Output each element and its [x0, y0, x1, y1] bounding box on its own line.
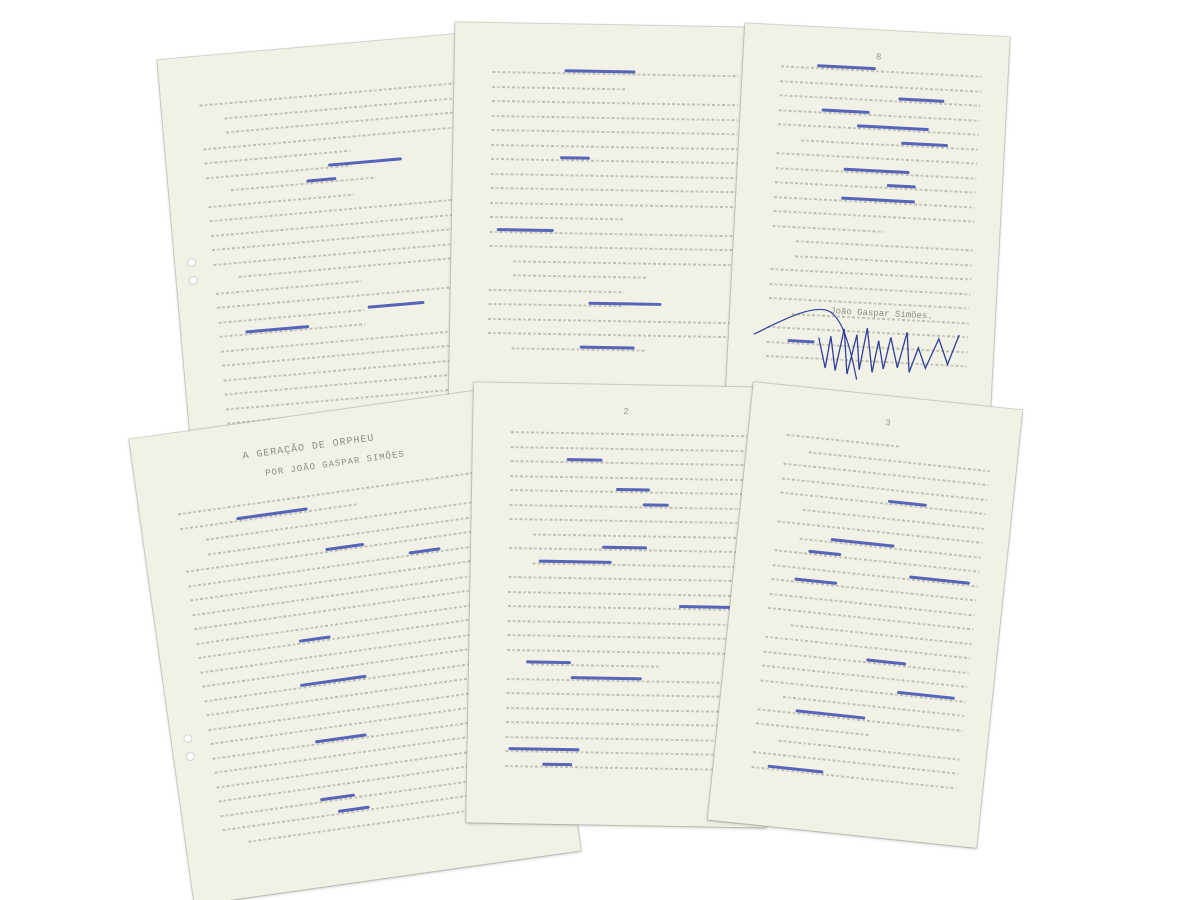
typed-line — [786, 434, 899, 448]
typed-line — [531, 663, 661, 667]
page-number: 8 — [876, 52, 882, 62]
typed-line — [217, 284, 482, 309]
typed-line — [769, 282, 970, 295]
typed-line — [492, 85, 627, 89]
typed-line — [507, 649, 743, 655]
typed-line — [505, 765, 741, 771]
typed-line — [508, 576, 744, 582]
typed-line — [491, 172, 737, 178]
handwritten-correction — [616, 488, 649, 492]
typed-line — [508, 591, 744, 597]
typed-line — [180, 503, 358, 530]
typed-line — [212, 226, 477, 251]
typed-line — [776, 152, 977, 165]
typed-line — [507, 634, 743, 640]
typed-line — [773, 210, 974, 223]
typed-line — [533, 562, 745, 568]
typed-line — [203, 125, 468, 150]
typed-line — [801, 139, 978, 150]
handwritten-correction — [643, 503, 669, 506]
typed-line — [209, 197, 474, 222]
typed-line — [756, 722, 869, 736]
handwritten-correction — [542, 762, 571, 766]
typed-line — [510, 475, 746, 481]
typed-line — [511, 446, 747, 452]
typed-line — [506, 736, 742, 742]
typed-line — [490, 187, 736, 193]
manuscript-page-top-center — [449, 22, 766, 407]
typed-line — [506, 692, 742, 698]
typed-line — [216, 280, 362, 295]
typed-line — [492, 114, 738, 120]
typed-line — [491, 143, 737, 149]
typed-text-block — [750, 434, 991, 802]
typed-line — [490, 230, 736, 236]
typed-line — [779, 109, 980, 122]
typed-line — [178, 468, 501, 515]
typed-line — [773, 225, 884, 233]
typed-line — [513, 274, 648, 278]
typed-line — [775, 181, 976, 194]
typed-line — [511, 431, 747, 437]
typed-line — [779, 94, 980, 107]
typed-line — [199, 82, 464, 107]
typed-line — [208, 193, 354, 208]
typed-text-block — [487, 71, 738, 365]
handwritten-correction — [560, 156, 591, 160]
typed-line — [770, 268, 971, 281]
punch-hole — [187, 258, 197, 268]
typed-line — [796, 240, 973, 251]
typed-line — [490, 201, 736, 207]
typed-line — [222, 342, 487, 367]
typed-line — [508, 620, 744, 626]
typed-line — [505, 750, 741, 756]
typed-line — [533, 533, 745, 539]
typed-line — [231, 177, 377, 192]
typed-line — [780, 80, 981, 93]
page-number: 3 — [885, 418, 891, 429]
typed-line — [488, 332, 734, 338]
typed-line — [509, 518, 745, 524]
manuscript-page-top-right: 8 João Gaspar Simões. — [725, 23, 1010, 416]
typed-line — [506, 721, 742, 727]
typed-line — [211, 212, 476, 237]
typed-line — [492, 100, 738, 106]
punch-hole — [185, 751, 195, 761]
punch-hole — [183, 734, 193, 744]
typed-line — [491, 129, 737, 135]
typed-line — [795, 255, 972, 266]
typed-line — [490, 216, 625, 220]
typed-line — [491, 158, 737, 164]
page-number: 2 — [623, 407, 629, 417]
typed-line — [489, 288, 624, 292]
typed-line — [510, 460, 746, 466]
typed-line — [510, 504, 746, 510]
handwritten-signature — [746, 294, 980, 396]
typed-line — [513, 260, 735, 266]
handwritten-correction — [567, 458, 603, 462]
typed-line — [218, 309, 364, 324]
typed-line — [213, 240, 478, 265]
manuscript-page-bottom-right: 3 — [708, 382, 1023, 848]
punch-hole — [188, 276, 198, 286]
typed-line — [488, 317, 734, 323]
typed-line — [506, 707, 742, 713]
typed-line — [489, 245, 735, 251]
typed-line — [220, 323, 366, 338]
typed-line — [204, 150, 350, 165]
typed-line — [781, 65, 982, 78]
